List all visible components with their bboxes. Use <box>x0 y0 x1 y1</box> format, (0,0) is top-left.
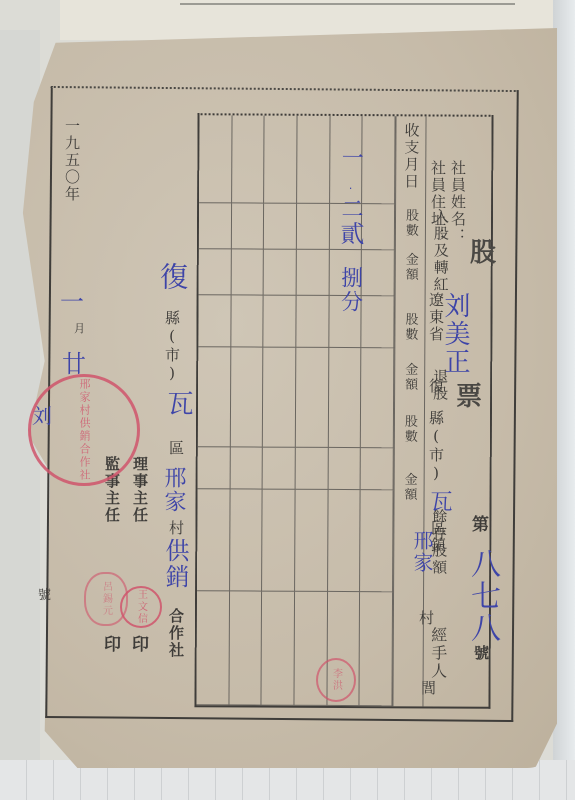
title-char-1: 股 <box>470 232 496 269</box>
coop-village-label: 村 <box>166 520 187 537</box>
row1-in-amount: 捌分 <box>337 266 363 314</box>
director-seal-label: 印 <box>132 630 149 655</box>
row1-in-shares: 貳 <box>337 221 363 247</box>
coop-county-hand: 復 <box>152 262 192 292</box>
header-out-amount: 金額 <box>401 362 418 392</box>
coop-village-hand: 邢家 <box>158 466 189 514</box>
address-county-label: 縣(市) <box>426 410 447 484</box>
member-address-label: 社員住址： <box>428 160 449 245</box>
coop-suffix: 合作社 <box>166 608 187 659</box>
coop-type-hand: 供銷 <box>158 538 193 590</box>
number-suffix: 號 <box>474 642 489 663</box>
header-date: 收支月日 <box>402 122 419 202</box>
member-name-label: 社員姓名： <box>448 160 469 245</box>
date-month-hand: 一 <box>60 282 84 317</box>
ledger-grid <box>196 115 395 706</box>
date-year: 一九五〇年 <box>62 118 83 203</box>
date-month-label: 月 <box>74 320 85 336</box>
address-county-hand: 復 <box>426 378 447 395</box>
supervisor-seal-stamp: 呂錫元 <box>84 572 128 626</box>
number-prefix: 第 <box>472 510 489 535</box>
header-in-shares: 股數 <box>402 208 419 238</box>
header-bal-shares: 股數 <box>401 414 418 444</box>
director-label: 理事主任 <box>130 456 151 524</box>
header-bal-amount: 金額 <box>401 472 418 502</box>
margin-stub-label: 號 <box>38 584 51 603</box>
address-province: 遼東省 <box>426 292 447 343</box>
row1-date: 一.二 <box>337 146 363 221</box>
header-in-amount: 金額 <box>402 252 419 282</box>
supervisor-seal-label: 印 <box>104 630 121 655</box>
address-village-label: 村 <box>416 610 437 627</box>
address-village-hand: 邢家 <box>408 530 437 574</box>
number-value: 八七八 <box>466 548 498 644</box>
handler-seal-stamp: 李洪 <box>316 658 356 702</box>
coop-district-hand: 瓦 <box>160 390 197 418</box>
cooperative-seal-stamp: 邢家村供銷合作社 <box>28 374 140 486</box>
header-handler: 經手人 <box>430 626 447 680</box>
address-district-hand: 瓦 <box>424 490 455 514</box>
title-char-2: 票 <box>456 376 482 413</box>
coop-county-label: 縣(市) <box>162 310 183 384</box>
address-suffix: 閭 <box>418 680 439 697</box>
coop-district-label: 區 <box>166 440 187 457</box>
header-out-shares: 股數 <box>401 312 418 342</box>
